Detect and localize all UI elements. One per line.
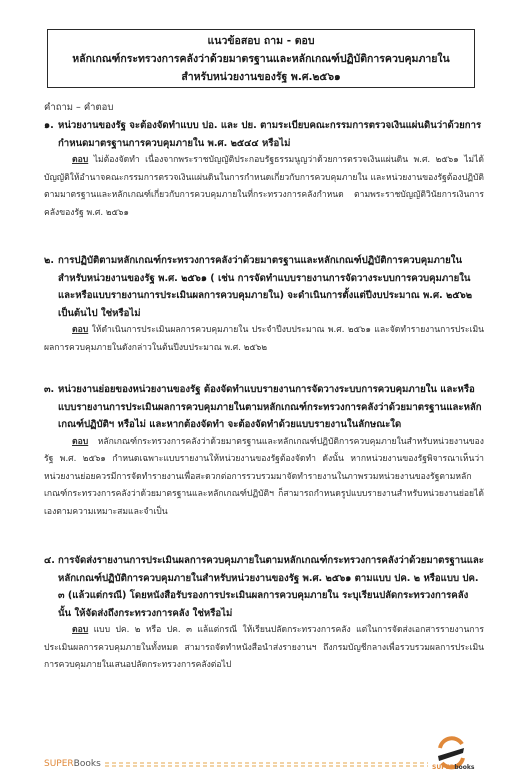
footer-brand: SUPERBooks	[44, 759, 101, 769]
qa-item-4: ๔.การจัดส่งรายงานการประเมินผลการควบคุมภา…	[44, 552, 484, 675]
answer: ตอบ ให้ดำเนินการประเมินผลการควบคุมภายใน …	[44, 322, 484, 357]
qa-item-3: ๓.หน่วยงานย่อยของหน่วยงานของรัฐ ต้องจัดท…	[44, 381, 484, 521]
question-number: ๔.	[44, 552, 58, 570]
document-title-box: แนวข้อสอบ ถาม - ตอบ หลักเกณฑ์กระทรวงการค…	[47, 29, 475, 88]
answer: ตอบ แบบ ปค. ๒ หรือ ปค. ๓ แล้แต่กรณี ให้เ…	[44, 622, 484, 675]
question-text: หน่วยงานย่อยของหน่วยงานของรัฐ ต้องจัดทำแ…	[58, 384, 482, 430]
answer: ตอบ ไม่ต้องจัดทำ เนื่องจากพระราชบัญญัติป…	[44, 152, 484, 222]
question-text: การปฏิบัติตามหลักเกณฑ์กระทรวงการคลังว่าด…	[58, 255, 472, 319]
footer-dashed-divider	[105, 761, 428, 767]
answer-text: หลักเกณฑ์กระทรวงการคลังว่าด้วยมาตรฐานและ…	[44, 437, 484, 517]
answer-text: ให้ดำเนินการประเมินผลการควบคุมภายใน ประจ…	[44, 325, 484, 353]
logo-wordmark: SUPERbooks	[432, 764, 474, 771]
answer-label: ตอบ	[72, 325, 88, 335]
answer-label: ตอบ	[72, 155, 88, 165]
qa-item-2: ๒.การปฏิบัติตามหลักเกณฑ์กระทรวงการคลังว่…	[44, 252, 484, 357]
logo-books: books	[454, 764, 474, 771]
title-line-2: หลักเกณฑ์กระทรวงการคลังว่าด้วยมาตรฐานและ…	[48, 50, 474, 68]
question: ๑.หน่วยงานของรัฐ จะต้องจัดทำแบบ ปอ. และ …	[44, 117, 484, 152]
question-text: หน่วยงานของรัฐ จะต้องจัดทำแบบ ปอ. และ ปย…	[58, 120, 481, 149]
brand-books: Books	[74, 759, 101, 769]
answer-label: ตอบ	[72, 625, 88, 635]
answer: ตอบ หลักเกณฑ์กระทรวงการคลังว่าด้วยมาตรฐา…	[44, 434, 484, 522]
question-number: ๒.	[44, 252, 58, 270]
logo-super: SUPER	[432, 764, 454, 771]
question: ๒.การปฏิบัติตามหลักเกณฑ์กระทรวงการคลังว่…	[44, 252, 484, 322]
question-number: ๑.	[44, 117, 58, 135]
question: ๓.หน่วยงานย่อยของหน่วยงานของรัฐ ต้องจัดท…	[44, 381, 484, 434]
title-line-3: สำหรับหน่วยงานของรัฐ พ.ศ.๒๕๖๑	[48, 68, 474, 86]
page-footer: SUPERBooks	[44, 757, 484, 771]
title-line-1: แนวข้อสอบ ถาม - ตอบ	[48, 32, 474, 50]
section-intro: คำถาม – คำตอบ	[44, 100, 113, 115]
qa-item-1: ๑.หน่วยงานของรัฐ จะต้องจัดทำแบบ ปอ. และ …	[44, 117, 484, 222]
brand-super: SUPER	[44, 759, 74, 769]
question-text: การจัดส่งรายงานการประเมินผลการควบคุมภายใ…	[58, 555, 484, 619]
answer-label: ตอบ	[72, 437, 88, 447]
question-number: ๓.	[44, 381, 58, 399]
question: ๔.การจัดส่งรายงานการประเมินผลการควบคุมภา…	[44, 552, 484, 622]
answer-text: ไม่ต้องจัดทำ เนื่องจากพระราชบัญญัติประกอ…	[44, 155, 484, 218]
answer-text: แบบ ปค. ๒ หรือ ปค. ๓ แล้แต่กรณี ให้เรียน…	[44, 625, 484, 670]
